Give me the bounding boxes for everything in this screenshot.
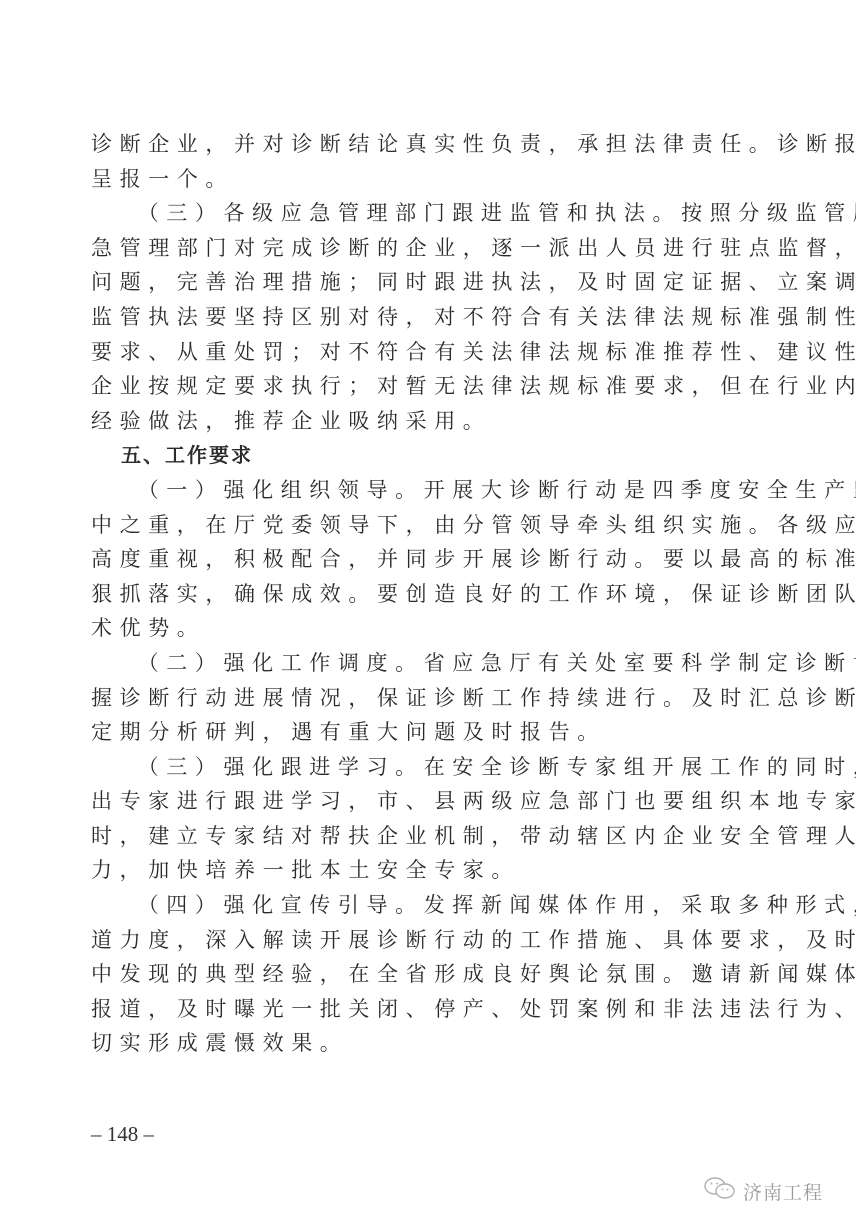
wechat-icon <box>703 1176 737 1207</box>
text-line: 出专家进行跟进学习，市、县两级应急部门也要组织本地专家跟进学习。同 <box>91 784 755 819</box>
text-line: 定期分析研判，遇有重大问题及时报告。 <box>91 715 755 750</box>
text-line: 高度重视，积极配合，并同步开展诊断行动。要以最高的标准、最严的作风 <box>91 542 755 577</box>
text-line: 术优势。 <box>91 611 755 646</box>
text-line: 急管理部门对完成诊断的企业，逐一派出人员进行驻点监督，督促企业整改 <box>91 231 755 266</box>
text-line: 企业按规定要求执行；对暂无法律法规标准要求，但在行业内成熟、先进的 <box>91 369 755 404</box>
text-line: 要求、从重处罚；对不符合有关法律法规标准推荐性、建议性条款的，督促 <box>91 335 755 370</box>
text-line: （一）强化组织领导。开展大诊断行动是四季度安全生产监管工作的重 <box>91 473 755 508</box>
text-line: 监管执法要坚持区别对待，对不符合有关法律法规标准强制性条款的，从严 <box>91 300 755 335</box>
text-line: 狠抓落实，确保成效。要创造良好的工作环境，保证诊断团队发挥好专业技 <box>91 577 755 612</box>
text-line: 报道，及时曝光一批关闭、停产、处罚案例和非法违法行为、重大安全隐患， <box>91 992 755 1027</box>
watermark-text: 济南工程 <box>743 1178 823 1205</box>
text-line: 中发现的典型经验，在全省形成良好舆论氛围。邀请新闻媒体记者跟踪采访 <box>91 957 755 992</box>
text-line: （三）强化跟进学习。在安全诊断专家组开展工作的同时，省应急厅派 <box>91 750 755 785</box>
text-line: 问题，完善治理措施；同时跟进执法，及时固定证据、立案调查、执法处罚。 <box>91 265 755 300</box>
text-line: 握诊断行动进展情况，保证诊断工作持续进行。及时汇总诊断行动开展情况， <box>91 681 755 716</box>
page-number: – 148 – <box>91 1122 154 1147</box>
text-line: 诊断企业，并对诊断结论真实性负责，承担法律责任。诊断报告完成一个， <box>91 127 755 162</box>
text-line: （三）各级应急管理部门跟进监管和执法。按照分级监管原则，当地应 <box>91 196 755 231</box>
text-line: 经验做法，推荐企业吸纳采用。 <box>91 404 755 439</box>
watermark: 济南工程 <box>703 1176 823 1207</box>
document-page: 诊断企业，并对诊断结论真实性负责，承担法律责任。诊断报告完成一个， 呈报一个。 … <box>91 127 755 1061</box>
text-line: 时，建立专家结对帮扶企业机制，带动辖区内企业安全管理人员提升专业能 <box>91 819 755 854</box>
text-line: 中之重，在厅党委领导下，由分管领导牵头组织实施。各级应急管理部门要 <box>91 508 755 543</box>
text-line: 呈报一个。 <box>91 162 755 197</box>
text-line: 切实形成震慑效果。 <box>91 1026 755 1061</box>
section-heading: 五、工作要求 <box>91 438 755 473</box>
text-line: （二）强化工作调度。省应急厅有关处室要科学制定诊断计划，随时掌 <box>91 646 755 681</box>
text-line: 道力度，深入解读开展诊断行动的工作措施、具体要求，及时宣传诊断行动 <box>91 923 755 958</box>
text-line: 力，加快培养一批本土安全专家。 <box>91 853 755 888</box>
text-line: （四）强化宣传引导。发挥新闻媒体作用，采取多种形式，加大宣传报 <box>91 888 755 923</box>
